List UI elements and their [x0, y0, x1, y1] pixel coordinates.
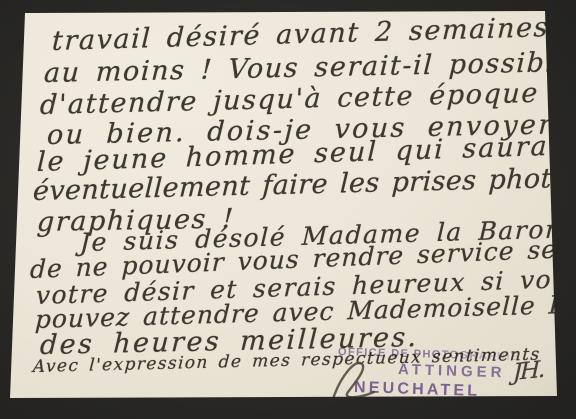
- handwritten-postcard: travail désiré avant 2 semaines au moins…: [8, 10, 558, 400]
- paraph-flourish-mark: [326, 354, 406, 406]
- signature-monogram: JH.: [513, 357, 544, 386]
- studio-stamp-line-attinger: ATTINGER: [398, 361, 506, 381]
